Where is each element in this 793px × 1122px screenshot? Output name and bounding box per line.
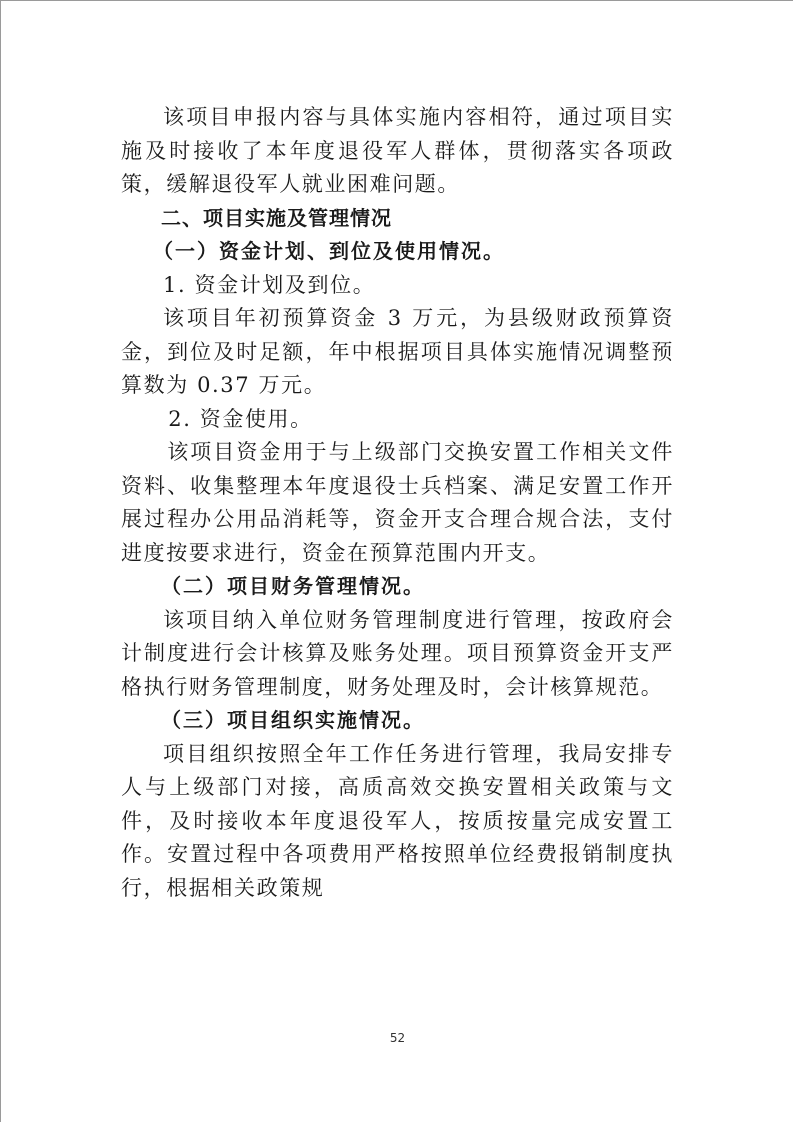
section-heading-implementation: 二、项目实施及管理情况	[121, 202, 674, 236]
list-item-fund-usage: 2. 资金使用。	[121, 403, 674, 437]
paragraph-fund-usage: 该项目资金用于与上级部门交换安置工作相关文件资料、收集整理本年度退役士兵档案、满…	[121, 436, 674, 570]
paragraph-project-conformity: 该项目申报内容与具体实施内容相符，通过项目实施及时接收了本年度退役军人群体，贯彻…	[121, 101, 674, 202]
subsection-heading-funding: （一）资金计划、到位及使用情况。	[121, 235, 674, 269]
paragraph-organization: 项目组织按照全年工作任务进行管理，我局安排专人与上级部门对接，高质高效交换安置相…	[121, 738, 674, 906]
paragraph-fund-plan: 该项目年初预算资金 3 万元，为县级财政预算资金，到位及时足额，年中根据项目具体…	[121, 302, 674, 403]
document-body: 该项目申报内容与具体实施内容相符，通过项目实施及时接收了本年度退役军人群体，贯彻…	[121, 101, 674, 905]
paragraph-finance: 该项目纳入单位财务管理制度进行管理，按政府会计制度进行会计核算及账务处理。项目预…	[121, 604, 674, 705]
subsection-heading-finance: （二）项目财务管理情况。	[121, 570, 674, 604]
subsection-heading-organization: （三）项目组织实施情况。	[121, 704, 674, 738]
document-page: 该项目申报内容与具体实施内容相符，通过项目实施及时接收了本年度退役军人群体，贯彻…	[0, 0, 793, 1122]
page-number: 52	[1, 1031, 793, 1045]
list-item-fund-plan: 1. 资金计划及到位。	[121, 269, 674, 303]
